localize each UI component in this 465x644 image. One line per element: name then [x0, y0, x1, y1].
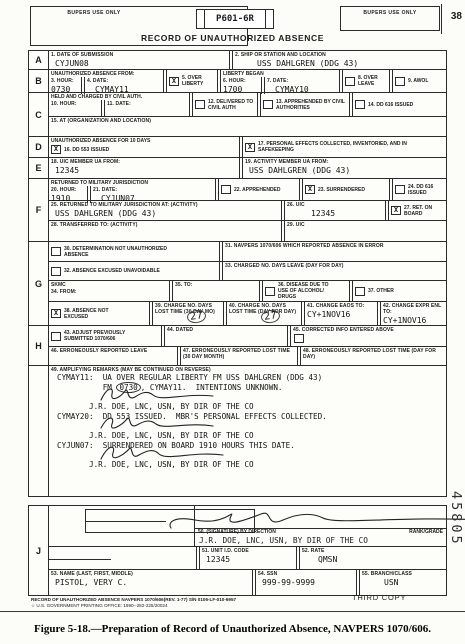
field-branch-class: 55. BRANCH/CLASS USN	[360, 570, 446, 595]
field-at-organization: 15. AT (ORGANIZATION AND LOCATION)	[49, 117, 446, 136]
apprehended-checkbox	[221, 185, 231, 194]
field-civil-date: 11. DATE:	[105, 100, 189, 116]
row-d: UNAUTHORIZED ABSENCE FOR 10 DAYS X 16. D…	[49, 137, 446, 158]
field-returned-at-activity: 25. RETURNED TO MILITARY JURISDICTION AT…	[49, 201, 281, 220]
field-liberty-date: 7. DATE: CYMAY10	[265, 77, 339, 94]
field-surrendered: X 23. SURRENDERED	[303, 179, 389, 200]
group-liberty-began: LIBERTY BEGAN 6. HOUR: 1700 7. DATE: CYM…	[221, 70, 339, 92]
field-liberty-hour: 6. HOUR: 1700	[221, 77, 261, 94]
row-letter-c: C	[29, 93, 48, 137]
row-g3: SKMC 34. FROM: 35. TO: 36. DISEASE DUE T…	[49, 281, 446, 302]
code-bracket-left	[197, 10, 205, 28]
field-change-expr-enl: 42. CHANGE EXPR ENL TO: CY+1NOV16	[381, 302, 446, 325]
group-ua-10-days: UNAUTHORIZED ABSENCE FOR 10 DAYS X 16. D…	[49, 137, 239, 157]
awol-checkbox	[395, 77, 405, 86]
signature-scribble	[97, 443, 227, 465]
field-apprehended-civil: 13. APPREHENDED BY CIVIL AUTHORITIES	[261, 93, 349, 116]
field-name: 53. NAME (LAST, FIRST, MIDDLE) PISTOL, V…	[49, 570, 252, 595]
page-number: 38	[451, 11, 462, 22]
form-code: P601-6R	[205, 10, 265, 28]
row-letter-column: A B C D E F G H	[29, 51, 49, 496]
row-a: 1. DATE OF SUBMISSION CYJUN08 2. SHIP OR…	[49, 51, 446, 70]
handwritten-days: 27	[260, 309, 280, 324]
form-title: RECORD OF UNAUTHORIZED ABSENCE	[0, 33, 465, 43]
field-adjust-previous: 43. ADJUST PREVIOUSLY SUBMITTED 1070/606	[49, 326, 161, 346]
over-liberty-checkbox: X	[169, 77, 179, 86]
field-skmc-from: SKMC 34. FROM:	[49, 281, 169, 301]
field-uic-transferred: 29. UIC	[285, 221, 446, 241]
field-over-leave: 8. OVER LEAVE	[343, 70, 389, 92]
row-c1: HELD AND CHARGED BY CIVIL AUTH. 10. HOUR…	[49, 93, 446, 117]
row-letter-d: D	[29, 137, 48, 158]
field-disease-alcohol: 36. DISEASE DUE TO USE OF ALCOHOL/ DRUGS	[263, 281, 349, 301]
signature-by-direction-box: 50. (SIGNATURE) BY DIRECTION RANK/GRADE …	[194, 506, 446, 546]
field-uic-ua-from: 18. UIC MEMBER UA FROM: 12345	[49, 158, 239, 178]
field-other: 37. OTHER	[353, 281, 446, 301]
field-uic-returned: 26. UIC 12345	[285, 201, 385, 220]
field-ua-hour: 3. HOUR: 0730	[49, 77, 81, 94]
row-letter-h: H	[29, 326, 48, 366]
field-transferred-to: 28. TRANSFERRED TO: (ACTIVITY)	[49, 221, 281, 241]
page-margin-rule	[441, 4, 442, 34]
remark-line: CYMAY11: UA OVER REGULAR LIBERTY FM USS …	[49, 373, 446, 383]
unit-rate-row: 51. UNIT I.D. CODE 12345 52. RATE QMSN	[49, 546, 446, 569]
scanned-form-page: BUPERS USE ONLY P601-6R BUPERS USE ONLY …	[0, 0, 465, 644]
third-copy-label: THIRD COPY	[352, 593, 406, 602]
field-amplifying-remarks: 49. AMPLIFYING REMARKS (MAY BE CONTINUED…	[49, 366, 446, 496]
apprehended-civil-checkbox	[263, 100, 273, 109]
group-ua-from: UNAUTHORIZED ABSENCE FROM: 3. HOUR: 0730…	[49, 70, 163, 92]
row-g4: X 38. ABSENCE NOT EXCUSED 39. CHARGE NO.…	[49, 302, 446, 326]
field-dd616-issued: 14. DD 616 ISSUED	[353, 93, 446, 116]
field-absence-not-excused: X 38. ABSENCE NOT EXCUSED	[49, 302, 149, 325]
field-activity-ua-from: 19. ACTIVITY MEMBER UA FROM: USS DAHLGRE…	[243, 158, 446, 178]
field-absence-excused: 32. ABSENCE EXCUSED UNAVOIDABLE	[49, 262, 219, 280]
gpo-line: ☆ U.S. GOVERNMENT PRINTING OFFICE: 1990-…	[31, 603, 236, 609]
group-civil-auth: HELD AND CHARGED BY CIVIL AUTH. 10. HOUR…	[49, 93, 189, 116]
form-code-box: P601-6R	[196, 9, 274, 29]
figure-caption: Figure 5-18.—Preparation of Record of Un…	[0, 623, 465, 635]
handwritten-days: 27	[186, 309, 206, 324]
dd616-2-checkbox	[395, 185, 405, 194]
field-over-liberty: X 5. OVER LIBERTY	[167, 70, 217, 92]
field-corrected-info: 45. CORRECTED INFO ENTERED ABOVE	[291, 326, 446, 346]
form-footer: RECORD OF UNAUTHORIZED ABSENCE NAVPERS 1…	[31, 597, 236, 609]
field-erroneous-leave: 46. ERRONEOUSLY REPORTED LEAVE	[49, 347, 177, 365]
field-skmc-to: 35. TO:	[173, 281, 259, 301]
over-leave-checkbox	[345, 77, 355, 86]
signature-scribble	[97, 385, 217, 405]
field-erroneous-lost-dfd: 48. ERRONEOUSLY REPORTED LOST TIME (DAY …	[301, 347, 446, 365]
other-checkbox	[355, 287, 365, 296]
field-awol: 9. AWOL	[393, 70, 446, 92]
row-c2: 15. AT (ORGANIZATION AND LOCATION)	[49, 117, 446, 137]
field-lost-time-dayforday: 40. CHARGE NO. DAYS LOST TIME (DAY FOR D…	[227, 302, 301, 325]
field-erroneous-lost-30: 47. ERRONEOUSLY REPORTED LOST TIME (30 D…	[181, 347, 297, 365]
field-delivered-civil: 12. DELIVERED TO CIVIL AUTH	[193, 93, 257, 116]
field-ship-station: 2. SHIP OR STATION AND LOCATION USS DAHL…	[233, 51, 446, 69]
signature-entry: J.R. DOE, LNC, USN, BY DIR OF THE CO	[49, 393, 446, 412]
not-excused-checkbox: X	[51, 309, 61, 318]
delivered-civil-checkbox	[195, 100, 205, 109]
field-rate: 52. RATE QMSN	[300, 547, 446, 569]
signature-entry: J.R. DOE, LNC, USN, BY DIR OF THE CO	[49, 422, 446, 441]
ret-on-board-checkbox: X	[391, 206, 401, 215]
field-ret-on-board: X 27. RET. ON BOARD	[389, 201, 446, 220]
stray-mark	[86, 521, 166, 522]
row-letter-f: F	[29, 179, 48, 242]
dd616-checkbox	[355, 100, 365, 109]
field-dated: 44. DATED	[165, 326, 287, 346]
signature-scribble	[165, 504, 465, 538]
name-ssn-row: 53. NAME (LAST, FIRST, MIDDLE) PISTOL, V…	[49, 569, 446, 595]
dd553-checkbox: X	[51, 145, 61, 154]
row-letter-e: E	[29, 158, 48, 179]
disease-alcohol-checkbox	[265, 287, 275, 296]
serial-stamp: 45805	[448, 491, 464, 601]
field-navpers-error: 31. NAVPERS 1070/606 WHICH REPORTED ABSE…	[223, 242, 446, 261]
page-divider-rule	[0, 611, 465, 612]
corrected-info-checkbox	[294, 334, 304, 343]
bupers-use-only-box-right: BUPERS USE ONLY	[340, 6, 440, 31]
adjust-previous-checkbox	[51, 332, 61, 341]
signature-entry: J.R. DOE, LNC, USN, BY DIR OF THE CO	[49, 451, 446, 470]
blank-area	[49, 547, 196, 569]
field-determination-not-ua: 30. DETERMINATION NOT UNAUTHORIZED ABSEN…	[49, 242, 219, 261]
field-apprehended: 22. APPREHENDED	[219, 179, 299, 200]
group-returned-mil: RETURNED TO MILITARY JURISDICTION 20. HO…	[49, 179, 215, 200]
field-ua-date: 4. DATE: CYMAY11	[85, 77, 163, 94]
row-g2: 32. ABSENCE EXCUSED UNAVOIDABLE 33. CHAR…	[49, 262, 446, 281]
row-b: UNAUTHORIZED ABSENCE FROM: 3. HOUR: 0730…	[49, 70, 446, 93]
field-lost-time-30day: 39. CHARGE NO. DAYS LOST TIME (30 DAY MO…	[153, 302, 223, 325]
field-dd553-issued: X 16. DD 553 ISSUED	[49, 144, 239, 155]
unauthorized-absence-form: A B C D E F G H 1. DATE OF SUBMISSION CY…	[28, 50, 447, 497]
row-g1: 30. DETERMINATION NOT UNAUTHORIZED ABSEN…	[49, 242, 446, 262]
signature-scribble	[97, 414, 217, 434]
field-unit-id-code: 51. UNIT I.D. CODE 12345	[200, 547, 296, 569]
stray-mark	[49, 559, 111, 560]
row-letter-j: J	[29, 506, 48, 595]
signature-row: 50. (SIGNATURE) BY DIRECTION RANK/GRADE …	[49, 506, 446, 546]
row-letter-g: G	[29, 242, 48, 326]
absence-excused-checkbox	[51, 267, 61, 276]
bupers-left-label: BUPERS USE ONLY	[49, 10, 139, 16]
field-dd616-issued-2: 24. DD 616 ISSUED	[393, 179, 446, 200]
signature-and-identity-section: J 50. (SIGNATURE) BY DIRECTION RANK/GRAD…	[28, 505, 447, 596]
surrendered-checkbox: X	[305, 185, 315, 194]
code-bracket-right	[265, 10, 273, 28]
row-h1: 43. ADJUST PREVIOUSLY SUBMITTED 1070/606…	[49, 326, 446, 347]
bupers-right-label: BUPERS USE ONLY	[341, 10, 439, 16]
row-letter-b: B	[29, 70, 48, 93]
determination-checkbox	[51, 247, 61, 256]
row-letter-blank	[29, 366, 48, 496]
field-change-eaos: 41. CHANGE EAOS TO: CY+1NOV16	[305, 302, 377, 325]
row-letter-a: A	[29, 51, 48, 70]
field-charged-days-leave: 33. CHARGED NO. DAYS LEAVE (DAY FOR DAY)	[223, 262, 446, 280]
row-letter-column-bottom: J	[29, 506, 49, 595]
personal-effects-checkbox: X	[245, 143, 255, 152]
field-personal-effects: X 17. PERSONAL EFFECTS COLLECTED, INVENT…	[243, 137, 446, 157]
row-e: 18. UIC MEMBER UA FROM: 12345 19. ACTIVI…	[49, 158, 446, 179]
field-civil-hour: 10. HOUR:	[49, 100, 101, 116]
row-h2: 46. ERRONEOUSLY REPORTED LEAVE 47. ERRON…	[49, 347, 446, 366]
row-f2: 25. RETURNED TO MILITARY JURISDICTION AT…	[49, 201, 446, 221]
row-f1: RETURNED TO MILITARY JURISDICTION 20. HO…	[49, 179, 446, 201]
field-date-of-submission: 1. DATE OF SUBMISSION CYJUN08	[49, 51, 229, 69]
row-f3: 28. TRANSFERRED TO: (ACTIVITY) 29. UIC	[49, 221, 446, 242]
field-ssn: 54. SSN 999-99-9999	[256, 570, 356, 595]
